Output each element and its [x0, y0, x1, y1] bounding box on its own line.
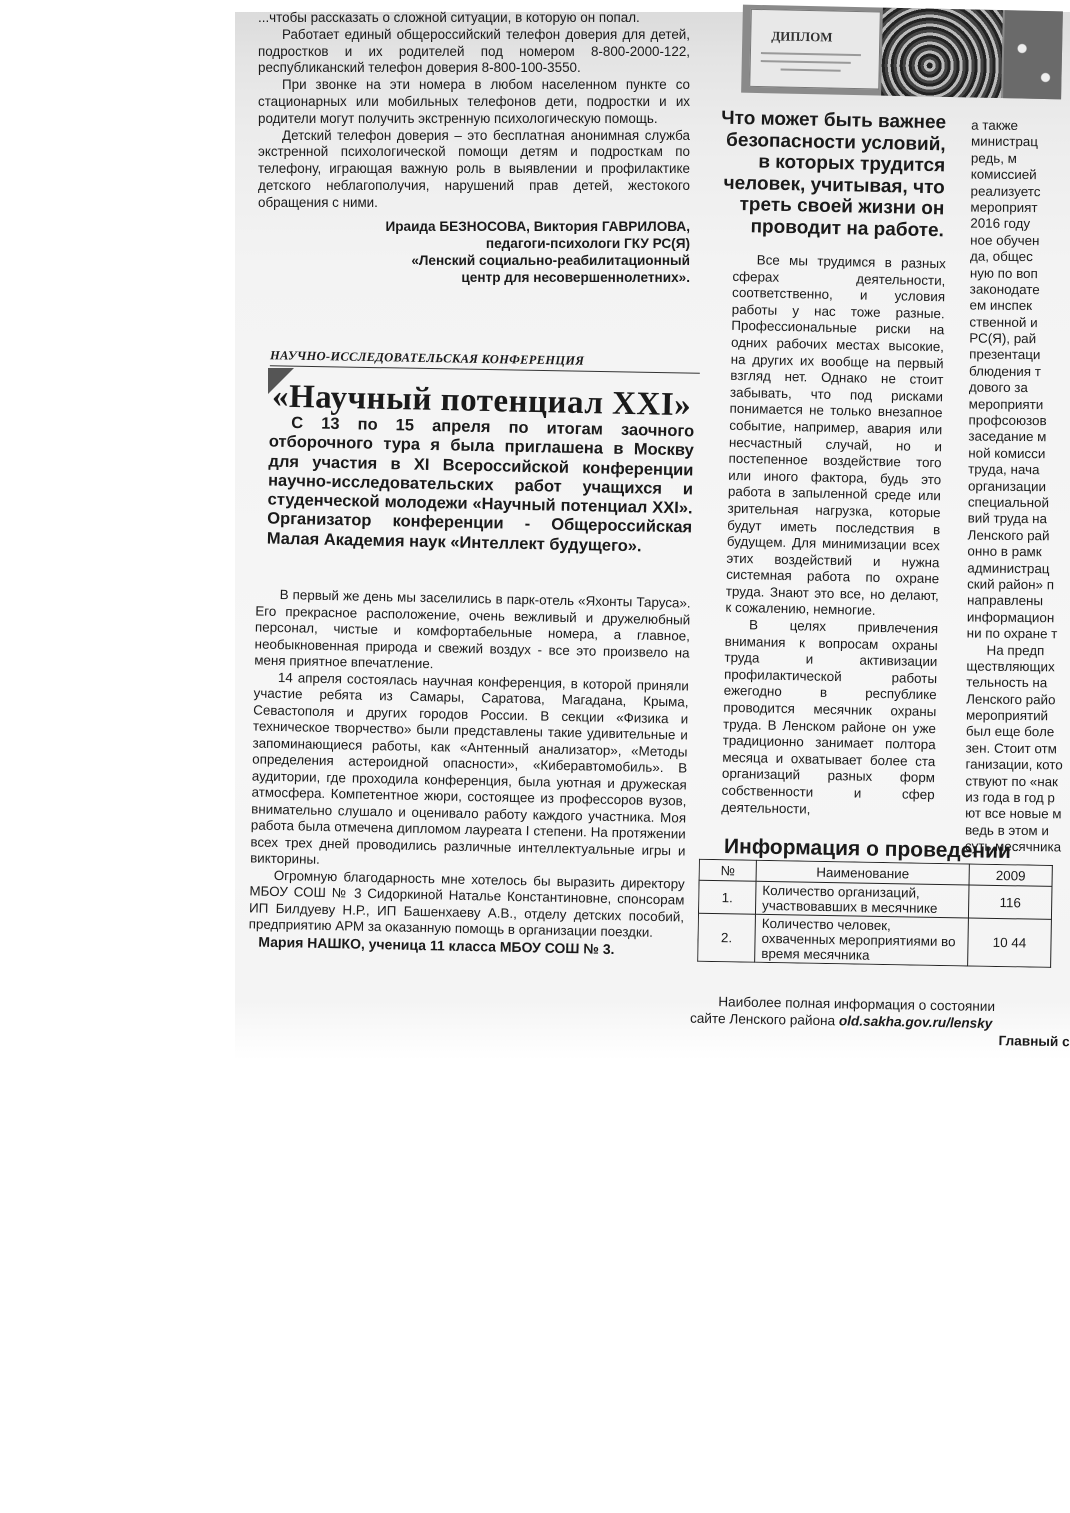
paragraph: Огромную благодарность мне хотелось бы в… [249, 867, 685, 942]
row-name: Количество организаций, участвовавших в … [755, 881, 969, 918]
table-footnote: Наиболее полная информация о состоянии с… [690, 993, 1070, 1051]
text-line: ем инспек [970, 298, 1070, 315]
conference-article-body: В первый же день мы заселились в парк-от… [248, 586, 691, 958]
text-line: РС(Я), рай [969, 331, 1070, 348]
text-line: а также [971, 118, 1070, 135]
text-line: ственной и [969, 314, 1070, 331]
paragraph: Все мы трудимся в разных сферах деятельн… [725, 252, 946, 621]
text-line: да, общес [970, 249, 1070, 266]
hotline-article: ...чтобы рассказать о сложной ситуации, … [258, 10, 690, 286]
website-url: old.sakha.gov.ru/lensky [839, 1013, 993, 1031]
flowers-image [1003, 10, 1063, 99]
text-line: вий труда на [968, 511, 1070, 528]
paragraph: При звонке на эти номера в любом населен… [258, 77, 690, 127]
pull-quote: Что может быть важнее безопасности услов… [719, 108, 947, 242]
paragraph: Детский телефон доверия – это бесплатная… [258, 128, 690, 212]
author-org: центр для несовершеннолетних». [258, 269, 690, 286]
diploma-text-line [761, 52, 861, 56]
text-line: презентаци [969, 347, 1070, 364]
paragraph: Работает единый общероссийский телефон д… [258, 27, 690, 77]
text-line: зен. Стоит отм [966, 740, 1068, 757]
paragraph: 14 апреля состоялась научная конференция… [250, 669, 689, 876]
text-line: ществляющих [966, 658, 1068, 675]
text-line: министрац [971, 134, 1070, 151]
text-line: ную по воп [970, 265, 1070, 282]
footnote-text: сайте Ленского района [690, 1011, 839, 1029]
text-line: комиссией [971, 167, 1070, 184]
text-line: блюдения т [969, 363, 1070, 380]
diploma-title: ДИПЛОМ [771, 28, 833, 45]
text-line: ни по охране т [967, 626, 1069, 643]
text-line: ют все новые м [965, 806, 1067, 823]
author-org: «Ленский социально-реабилитационный [258, 252, 690, 269]
labor-safety-article: Все мы трудимся в разных сферах деятельн… [721, 252, 946, 821]
column-header-year: 2009 [969, 864, 1052, 886]
text-line: реализуетс [971, 183, 1070, 200]
text-line: мероприят [970, 200, 1070, 217]
text-line: ведь в этом и [965, 822, 1067, 839]
text-line: Ленского рай [968, 527, 1070, 544]
row-number: 1. [698, 880, 756, 914]
text-line: труда, нача [968, 462, 1070, 479]
text-line: На предп [967, 642, 1069, 659]
paisley-fabric-image [881, 8, 1003, 100]
labor-article-cropped-column: а также министрац редь, м комиссией реал… [965, 118, 1070, 856]
text-line: мероприятий [966, 708, 1068, 725]
text-line: Ленского райо [966, 691, 1068, 708]
text-line: тельность на [966, 675, 1068, 692]
text-line: профсоюзов [969, 413, 1070, 430]
text-line: из года в год р [965, 790, 1067, 807]
text-line: информацион [967, 609, 1069, 626]
text-line: 2016 году [970, 216, 1070, 233]
text-line: направлены [967, 593, 1069, 610]
diploma-text-line [781, 68, 841, 71]
row-name: Количество человек, охваченных мероприят… [755, 914, 969, 966]
paragraph: В целях привлечения внимания к вопросам … [721, 617, 938, 821]
row-value: 10 44 [968, 918, 1052, 967]
text-line: мероприяти [969, 396, 1070, 413]
text-line: ствуют по «нак [965, 773, 1067, 790]
author-position: педагоги-психологи ГКУ РС(Я) [258, 235, 690, 252]
text-line: ной комисси [968, 445, 1070, 462]
text-line: заседание м [968, 429, 1070, 446]
diploma-photo: ДИПЛОМ [741, 5, 1063, 100]
diploma-text-line [761, 60, 851, 64]
info-table: № Наименование 2009 1. Количество органи… [697, 859, 1070, 968]
text-line: дового за [969, 380, 1070, 397]
row-value: 116 [968, 885, 1052, 919]
text-line: онно в рамк [967, 544, 1069, 561]
column-header-number: № [699, 859, 756, 881]
lead-paragraph: С 13 по 15 апреля по итогам заочного отб… [267, 414, 695, 558]
text-line: редь, м [971, 150, 1070, 167]
article-signature: Ираида БЕЗНОСОВА, Виктория ГАВРИЛОВА, пе… [258, 218, 690, 286]
diploma-image: ДИПЛОМ [749, 9, 881, 90]
table-row: 2. Количество человек, охваченных меропр… [698, 913, 1052, 967]
paragraph: ...чтобы рассказать о сложной ситуации, … [258, 10, 690, 27]
text-line: ский район» п [967, 576, 1069, 593]
row-number: 2. [698, 913, 756, 962]
article-lead: С 13 по 15 апреля по итогам заочного отб… [267, 414, 695, 558]
paragraph: В первый же день мы заселились в парк-от… [254, 586, 691, 678]
text-line: ное обучен [970, 232, 1070, 249]
text-line: был еще боле [966, 724, 1068, 741]
text-line: администрац [967, 560, 1069, 577]
text-line: законодате [970, 281, 1070, 298]
author-names: Ираида БЕЗНОСОВА, Виктория ГАВРИЛОВА, [258, 218, 690, 235]
text-line: организации [968, 478, 1070, 495]
text-line: ганизации, кото [965, 757, 1067, 774]
text-line: специальной [968, 495, 1070, 512]
